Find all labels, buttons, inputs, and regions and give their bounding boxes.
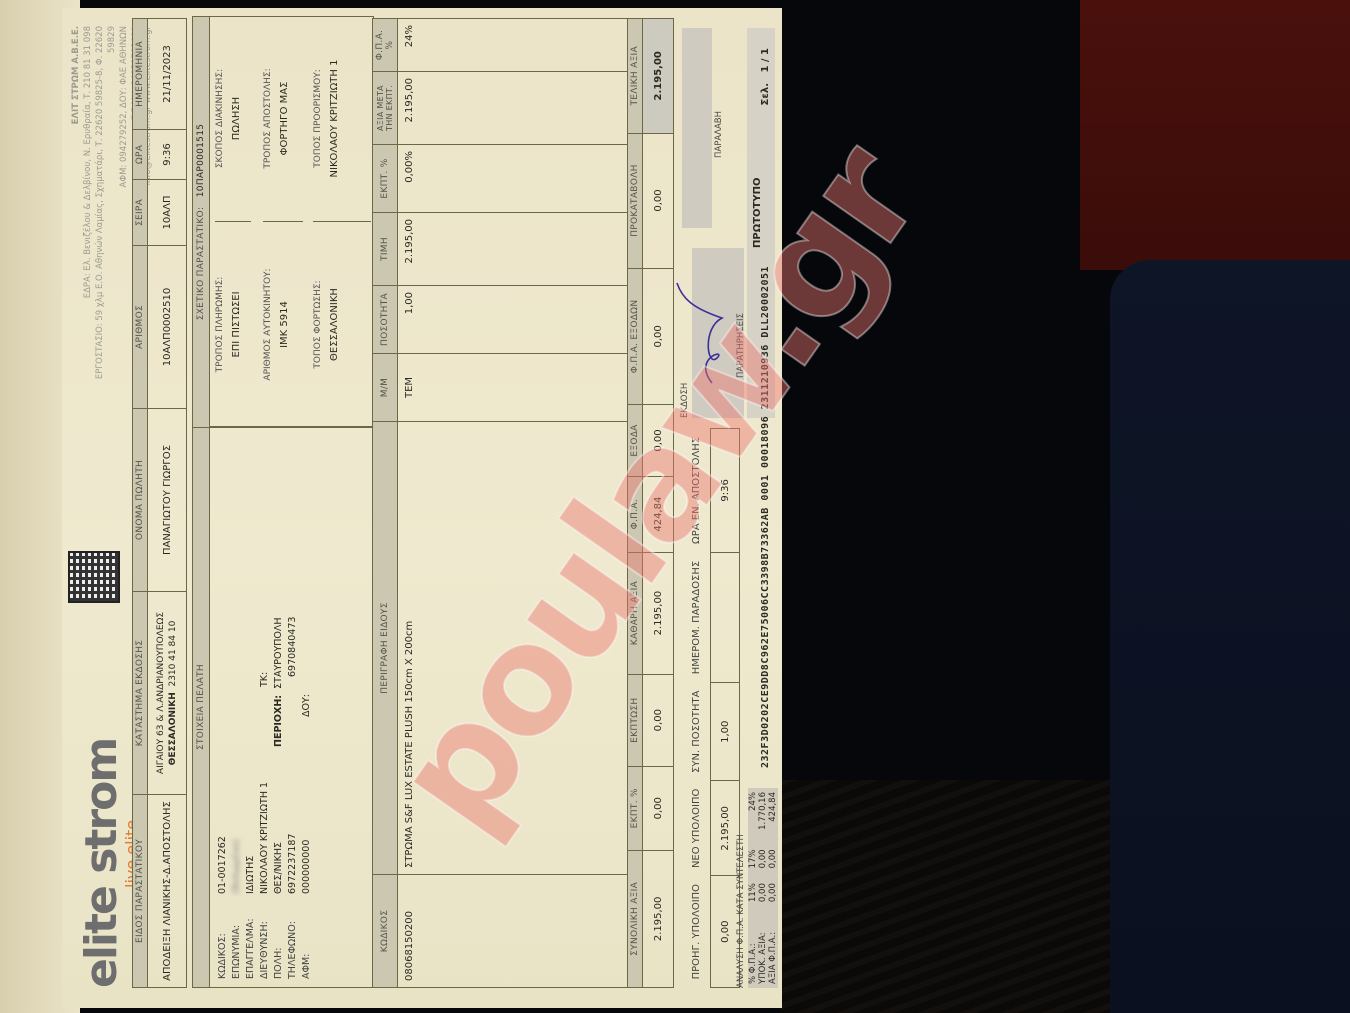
shipping-block: ΣΧΕΤΙΚΟ ΠΑΡΑΣΤΑΤΙΚΟ: 10ΠΑΡ0001515 ΤΡΟΠΟΣ… xyxy=(192,16,374,428)
qr-code-icon xyxy=(68,551,120,603)
vat-base-label: ΥΠΟΚ. ΑΞΙΑ: xyxy=(758,913,768,988)
payment-value: ΕΠΙ ΠΙΣΤΩΣΕΙ xyxy=(231,222,242,427)
store-city: ΘΕΣΣΑΛΟΝΙΚΗ xyxy=(168,692,178,765)
customer-area: ΠΕΡΙΟΧΗ: ΣΤΑΥΡΟΥΠΟΛΗ xyxy=(273,617,284,747)
vat-analysis-title: ΑΝΑΛΥΣΗ Φ.Π.Α. ΚΑΤΑ ΣΥΝΤΕΛΕΣΤΗ xyxy=(736,834,746,988)
customer-key: ΤΗΛΕΦΩΝΟ: xyxy=(287,894,298,979)
method-label: ΤΡΟΠΟΣ ΑΠΟΣΤΟΛΗΣ: xyxy=(263,68,273,168)
delivery-date xyxy=(711,552,740,682)
prev-balance-label: ΠΡΟΗΓ. ΥΠΟΛΟΙΠΟ xyxy=(682,876,711,988)
company-logo: elite strom xyxy=(76,739,127,988)
customer-key: ΔΙΕΥΘΥΝΣΗ: xyxy=(259,894,270,979)
doc-type-label: ΕΙΔΟΣ ΠΑΡΑΣΤΑΤΙΚΟΥ xyxy=(133,795,148,988)
total-discount-label: ΕΚΠΤΩΣΗ xyxy=(628,674,643,766)
vat-amount-label: ΑΞΙΑ Φ.Π.Α.: xyxy=(768,913,778,988)
company-vat: ΑΦΜ: 094279252, ΔΟΥ: ΦΑΕ ΑΘΗΝΩΝ xyxy=(118,26,130,386)
page-number: Σελ. 1 / 1 xyxy=(760,48,771,106)
total-qty: 1,00 xyxy=(711,683,740,781)
vat-cell: 24% xyxy=(748,788,758,845)
col-vat: Φ.Π.Α. % xyxy=(373,19,398,72)
customer-value: (θολωμένο) xyxy=(231,839,242,894)
customer-key: ΑΦΜ: xyxy=(301,894,312,979)
purpose-value: ΠΩΛΗΣΗ xyxy=(231,16,242,221)
customer-value: ΝΙΚΟΛΑΟΥ ΚΡΙΤΖΙΩΤΗ 1 xyxy=(259,782,270,894)
load-value: ΘΕΣΣΑΛΟΝΙΚΗ xyxy=(329,222,340,427)
col-qty: ΠΟΣΟΤΗΤΑ xyxy=(373,286,398,354)
seller-value: ΠΑΝΑΓΙΩΤΟΥ ΓΙΩΡΓΟΣ xyxy=(148,409,187,592)
related-label: ΣΧΕΤΙΚΟ ΠΑΡΑΣΤΑΤΙΚΟ: xyxy=(196,207,206,321)
customer-value: 000000000 xyxy=(301,840,312,894)
document-header-table: ΕΙΔΟΣ ΠΑΡΑΣΤΑΤΙΚΟΥ ΚΑΤΑΣΤΗΜΑ ΕΚΔΟΣΗΣ ΟΝΟ… xyxy=(132,18,187,988)
total-discount-pct: 0,00 xyxy=(643,766,674,850)
total-deposit: 0,00 xyxy=(643,133,674,268)
item-price: 2.195,00 xyxy=(398,213,633,286)
vat-cell: 0,00 xyxy=(768,879,778,913)
total-gross-label: ΣΥΝΟΛΙΚΗ ΑΞΙΑ xyxy=(628,850,643,987)
col-discount: ΕΚΠΤ. % xyxy=(373,145,398,213)
time-label: ΩΡΑ xyxy=(133,129,148,179)
customer-row: ΚΩΔΙΚΟΣ:01-0017262 xyxy=(217,836,228,979)
vat-cell: 424,84 xyxy=(768,788,778,845)
method-value: ΦΟΡΤΗΓΟ ΜΑΣ xyxy=(279,16,290,221)
shipping-method: ΤΡΟΠΟΣ ΑΠΟΣΤΟΛΗΣ:ΦΟΡΤΗΓΟ ΜΑΣ xyxy=(263,16,303,222)
col-code: ΚΩΔΙΚΟΣ xyxy=(373,875,398,988)
related-value: 10ΠΑΡ0001515 xyxy=(196,124,206,198)
vehicle-label: ΑΡΙΘΜΟΣ ΑΥΤΟΚΙΝΗΤΟΥ: xyxy=(263,268,273,380)
vat-cell: 17% xyxy=(748,845,758,879)
vat-analysis-table: % Φ.Π.Α.:11%17%24% ΥΠΟΚ. ΑΞΙΑ:0,000,001.… xyxy=(748,788,778,988)
vat-cell: 0,00 xyxy=(758,845,768,879)
new-balance-label: ΝΕΟ ΥΠΟΛΟΙΠΟ xyxy=(682,781,711,876)
dest-value: ΝΙΚΟΛΑΟΥ ΚΡΙΤΖΙΩΤΗ 1 xyxy=(329,16,340,221)
customer-phone2: 6970840473 xyxy=(287,617,298,677)
total-discount-pct-label: ΕΚΠΤ. % xyxy=(628,766,643,850)
customer-value: 6972237187 xyxy=(287,834,298,894)
tk-label: ΤΚ: xyxy=(259,672,270,687)
date-value: 21/11/2023 xyxy=(148,19,187,130)
total-gross: 2.195,00 xyxy=(643,850,674,987)
background-blue-cushion xyxy=(1110,260,1350,1013)
purpose: ΣΚΟΠΟΣ ΔΙΑΚΙΝΗΣΗΣ:ΠΩΛΗΣΗ xyxy=(215,16,251,222)
store-value: ΑΙΓΑΙΟΥ 63 & Λ.ΑΝΔΡΙΑΝΟΥΠΟΛΕΩΣ ΘΕΣΣΑΛΟΝΙ… xyxy=(148,592,187,795)
destination: ΤΟΠΟΣ ΠΡΟΟΡΙΣΜΟΥ:ΝΙΚΟΛΑΟΥ ΚΡΙΤΖΙΩΤΗ 1 xyxy=(313,16,371,222)
dest-label: ΤΟΠΟΣ ΠΡΟΟΡΙΣΜΟΥ: xyxy=(313,69,323,168)
total-final: 2.195,00 xyxy=(643,19,674,134)
receipt-label: ΠΑΡΑΛΑΒΗ xyxy=(714,111,724,158)
store-address: ΑΙΓΑΙΟΥ 63 & Λ.ΑΝΔΡΙΑΝΟΥΠΟΛΕΩΣ xyxy=(155,598,167,788)
customer-row: ΔΙΕΥΘΥΝΣΗ:ΝΙΚΟΛΑΟΥ ΚΡΙΤΖΙΩΤΗ 1 xyxy=(259,782,270,979)
store-phone: 2310 41 84 10 xyxy=(168,621,178,687)
company-name: ΕΛΙΤ ΣΤΡΩΜ Α.Β.Ε.Ε. xyxy=(70,26,82,386)
item-qty: 1,00 xyxy=(398,286,633,354)
customer-key: ΠΟΛΗ: xyxy=(273,894,284,979)
seller-label: ΟΝΟΜΑ ΠΩΛΗΤΗ xyxy=(133,409,148,592)
customer-row: ΑΦΜ:000000000 xyxy=(301,840,312,979)
time-value: 9:36 xyxy=(148,129,187,179)
date-label: ΗΜΕΡΟΜΗΝΙΑ xyxy=(133,19,148,130)
payment-method: ΤΡΟΠΟΣ ΠΛΗΡΩΜΗΣ:ΕΠΙ ΠΙΣΤΩΣΕΙ xyxy=(215,222,242,427)
store-label: ΚΑΤΑΣΤΗΜΑ ΕΚΔΟΣΗΣ xyxy=(133,592,148,795)
area-value: ΣΤΑΥΡΟΥΠΟΛΗ xyxy=(273,617,284,688)
total-discount: 0,00 xyxy=(643,674,674,766)
background-red-object xyxy=(1080,0,1350,270)
vat-cell: 1.770,16 xyxy=(758,788,768,845)
doc-type-value: ΑΠΟΔΕΙΞΗ ΛΙΑΝΙΚΗΣ-Δ.ΑΠΟΣΤΟΛΗΣ xyxy=(148,795,187,988)
customer-key: ΕΠΩΝΥΜΙΑ: xyxy=(231,894,242,979)
customer-key: ΕΠΑΓΓΕΛΜΑ: xyxy=(245,894,256,979)
item-code: 08068150200 xyxy=(398,875,633,988)
total-qty-label: ΣΥΝ. ΠΟΣΟΤΗΤΑ xyxy=(682,683,711,781)
series-value: 10ΑΛΠ xyxy=(148,179,187,245)
customer-row: ΕΠΩΝΥΜΙΑ:(θολωμένο) xyxy=(231,839,242,979)
customer-row: ΠΟΛΗ:ΘΕΣ/ΝΙΚΗΣ xyxy=(273,842,284,979)
number-label: ΑΡΙΘΜΟΣ xyxy=(133,246,148,409)
vat-cell: 11% xyxy=(748,879,758,913)
customer-row: ΕΠΑΓΓΕΛΜΑ:ΙΔΙΩΤΗΣ xyxy=(245,856,256,979)
col-unit: Μ/Μ xyxy=(373,354,398,422)
company-hq: ΕΔΡΑ: Ελ. Βενιζέλου & Δελβίνου, Ν. Ερυθρ… xyxy=(82,26,94,386)
customer-tk: ΤΚ: xyxy=(259,672,270,687)
total-deposit-label: ΠΡΟΚΑΤΑΒΟΛΗ xyxy=(628,133,643,268)
total-final-label: ΤΕΛΙΚΗ ΑΞΙΑ xyxy=(628,19,643,134)
item-vat: 24% xyxy=(398,19,633,72)
col-description: ΠΕΡΙΓΡΑΦΗ ΕΙΔΟΥΣ xyxy=(373,422,398,875)
vat-cell: 0,00 xyxy=(758,879,768,913)
customer-block: ΣΤΟΙΧΕΙΑ ΠΕΛΑΤΗ ΚΩΔΙΚΟΣ:01-0017262 ΕΠΩΝΥ… xyxy=(192,426,374,988)
customer-row: ΤΗΛΕΦΩΝΟ:6972237187 xyxy=(287,834,298,979)
background-fabric xyxy=(780,780,1110,1013)
customer-doy: ΔΟΥ: xyxy=(301,694,312,717)
col-net-value: ΑΞΙΑ ΜΕΤΑ ΤΗΝ ΕΚΠΤ. xyxy=(373,72,398,145)
page-label: Σελ. xyxy=(760,83,771,106)
area-label: ΠΕΡΙΟΧΗ: xyxy=(273,695,284,747)
item-unit: ΤΕΜ xyxy=(398,354,633,422)
payment-label: ΤΡΟΠΟΣ ΠΛΗΡΩΜΗΣ: xyxy=(215,277,225,373)
vat-pct-label: % Φ.Π.Α.: xyxy=(748,913,758,988)
col-price: ΤΙΜΗ xyxy=(373,213,398,286)
customer-value: 01-0017262 xyxy=(217,836,228,894)
vehicle-value: ΙΜΚ 5914 xyxy=(279,222,290,427)
customer-section-label: ΣΤΟΙΧΕΙΑ ΠΕΛΑΤΗ xyxy=(193,427,210,987)
series-label: ΣΕΙΡΑ xyxy=(133,179,148,245)
load-label: ΤΟΠΟΣ ΦΟΡΤΩΣΗΣ: xyxy=(313,280,323,368)
customer-value: ΘΕΣ/ΝΙΚΗΣ xyxy=(273,842,284,894)
customer-key: ΚΩΔΙΚΟΣ: xyxy=(217,894,228,979)
item-discount: 0,00% xyxy=(398,145,633,213)
purpose-label: ΣΚΟΠΟΣ ΔΙΑΚΙΝΗΣΗΣ: xyxy=(215,69,225,168)
company-factory: ΕΡΓΟΣΤΑΣΙΟ: 59 χλμ Ε.Ο. Αθηνών Λαμίας, Σ… xyxy=(94,26,118,386)
page-value: 1 / 1 xyxy=(760,48,771,73)
receipt-box xyxy=(682,28,712,228)
related-doc: ΣΧΕΤΙΚΟ ΠΑΡΑΣΤΑΤΙΚΟ: 10ΠΑΡ0001515 xyxy=(193,17,210,427)
vehicle: ΑΡΙΘΜΟΣ ΑΥΤΟΚΙΝΗΤΟΥ:ΙΜΚ 5914 xyxy=(263,222,290,427)
number-value: 10ΑΛΠ0002510 xyxy=(148,246,187,409)
load-place: ΤΟΠΟΣ ΦΟΡΤΩΣΗΣ:ΘΕΣΣΑΛΟΝΙΚΗ xyxy=(313,222,340,427)
store-city-phone: ΘΕΣΣΑΛΟΝΙΚΗ 2310 41 84 10 xyxy=(167,598,179,788)
item-net: 2.195,00 xyxy=(398,72,633,145)
customer-value: ΙΔΙΩΤΗΣ xyxy=(245,856,256,894)
vat-cell: 0,00 xyxy=(768,845,778,879)
